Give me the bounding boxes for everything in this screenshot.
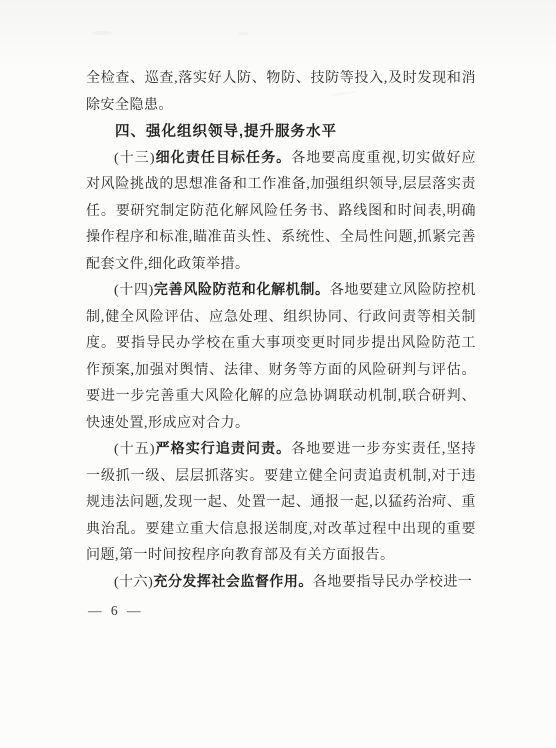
scan-smudge — [92, 31, 112, 35]
section-14-body: 各地要建立风险防控机制,健全风险评估、应急处理、组织协同、行政问责等相关制度。要… — [86, 283, 476, 431]
document-page: 全检查、巡查,落实好人防、物防、技防等投入,及时发现和消除安全隐患。 四、强化组… — [0, 0, 556, 748]
section-14-title: 完善风险防范和化解机制。 — [154, 283, 330, 298]
section-13-number: (十三) — [114, 151, 155, 166]
section-15-body: 各地要进一步夯实责任,坚持一级抓一级、层层抓落实。要建立健全问责追责机制,对于违… — [86, 442, 476, 563]
section-13-body: 各地要高度重视,切实做好应对风险挑战的思想准备和工作准备,加强组织领导,层层落实… — [86, 151, 476, 272]
section-14-number: (十四) — [114, 283, 154, 298]
section-13-title: 细化责任目标任务。 — [155, 151, 291, 166]
section-16-title: 充分发挥社会监督作用。 — [153, 575, 313, 590]
scan-shading — [0, 0, 556, 70]
paragraph-section-14: (十四)完善风险防范和化解机制。各地要建立风险防控机制,健全风险评估、应急处理、… — [86, 278, 476, 437]
section-15-number: (十五) — [114, 442, 155, 457]
page-number: — 6 — — [88, 603, 144, 619]
paragraph-section-13: (十三)细化责任目标任务。各地要高度重视,切实做好应对风险挑战的思想准备和工作准… — [86, 146, 476, 279]
section-15-title: 严格实行追责问责。 — [155, 442, 291, 457]
scan-smudge — [238, 32, 249, 35]
document-content: 全检查、巡查,落实好人防、物防、技防等投入,及时发现和消除安全隐患。 四、强化组… — [86, 66, 476, 596]
section-heading: 四、强化组织领导,提升服务水平 — [86, 119, 476, 146]
section-16-number: (十六) — [114, 575, 153, 590]
paragraph-section-15: (十五)严格实行追责问责。各地要进一步夯实责任,坚持一级抓一级、层层抓落实。要建… — [86, 437, 476, 570]
paragraph-continuation: 全检查、巡查,落实好人防、物防、技防等投入,及时发现和消除安全隐患。 — [86, 66, 476, 119]
paragraph-section-16: (十六)充分发挥社会监督作用。各地要指导民办学校进一 — [86, 570, 476, 597]
section-16-body: 各地要指导民办学校进一 — [313, 575, 473, 590]
